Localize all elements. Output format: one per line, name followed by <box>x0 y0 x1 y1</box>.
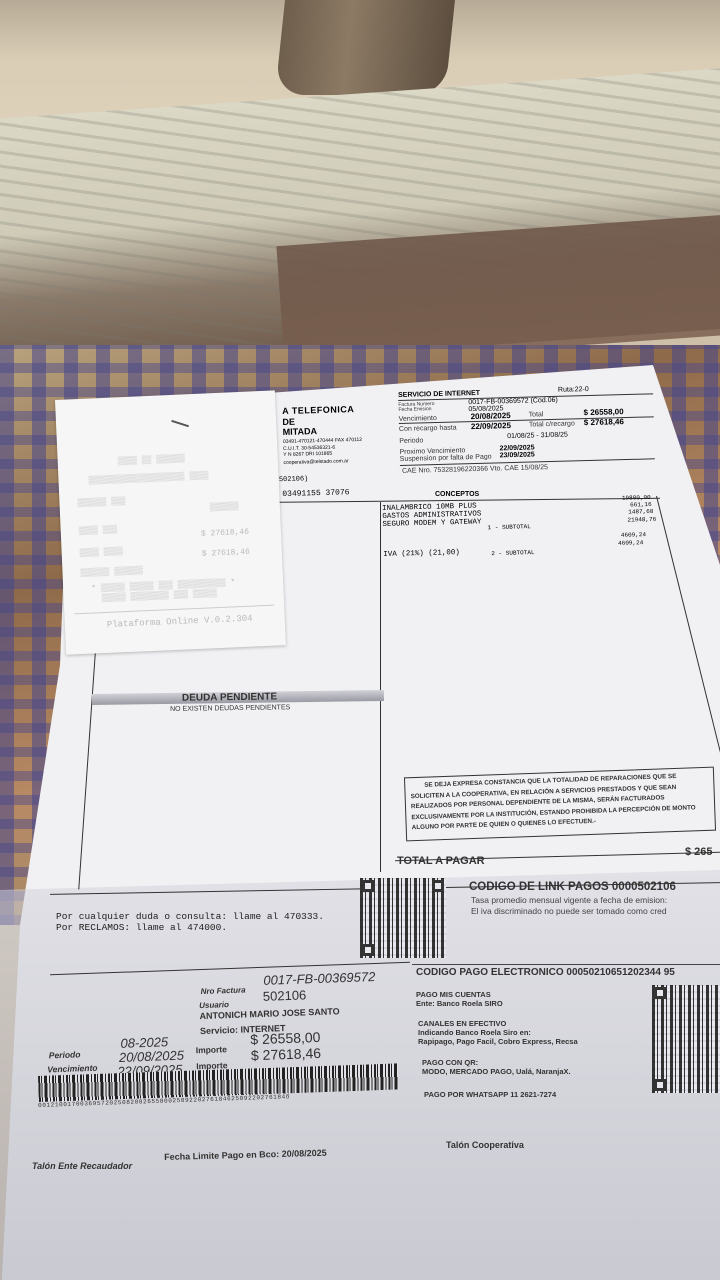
label: Total <box>529 411 544 418</box>
stub-user: 502106 <box>263 987 307 1004</box>
ente: Ente: Banco Roela SIRO <box>416 999 503 1008</box>
collector-stub-label: Talón Ente Recaudador <box>32 1161 132 1171</box>
notice-text: SE DEJA EXPRESA CONSTANCIA QUE LA TOTALI… <box>410 771 707 834</box>
qr-apps: MODO, MERCADO PAGO, Ualá, NaranjaX. <box>422 1067 571 1076</box>
rate-note: Tasa promedio mensual vigente a fecha de… <box>471 895 667 905</box>
subtotal1-label: 1 - SUBTOTAL <box>488 523 531 531</box>
company-name-2: DE <box>282 417 295 427</box>
debt-section: DEUDA PENDIENTE NO EXISTEN DEUDAS PENDIE… <box>92 688 384 716</box>
label: Total c/recargo <box>529 420 575 428</box>
qr-code-link-pagos[interactable] <box>360 878 446 958</box>
mis-cuentas: PAGO MIS CUENTAS <box>416 990 491 999</box>
invoice-number: 0017-FB-00369572 (Cod.06) <box>468 397 558 406</box>
label: Fecha Emision <box>398 406 431 413</box>
label: Periodo <box>49 1049 81 1060</box>
label: Usuario <box>199 1000 229 1010</box>
company-name-3: MITADA <box>283 426 318 437</box>
surcharge-date: 22/09/2025 <box>471 421 511 431</box>
label: Periodo <box>399 437 423 445</box>
stub-invoice-number: 0017-FB-00369572 <box>263 969 375 988</box>
total-amount: $ 26558,00 <box>583 407 623 417</box>
contact-line-2: Por RECLAMOS: llame al 474000. <box>56 922 227 933</box>
customer-ref: 502106) <box>279 475 309 484</box>
qr-code-electronic[interactable] <box>652 985 720 1093</box>
iva-note: El iva discriminado no puede ser tomado … <box>471 906 667 916</box>
total-to-pay-amount: $ 265 <box>685 846 713 858</box>
invoice-header: SERVICIO DE INTERNET Ruta:22-0 Factura N… <box>398 384 690 472</box>
concepts-table: INALAMBRICO 10MB PLUS 19800,00 GASTOS AD… <box>382 497 703 565</box>
total-surcharge-amount: $ 27618,46 <box>584 417 624 427</box>
iva-amount: 4609,24 <box>621 531 646 539</box>
label: Con recargo hasta <box>399 424 457 433</box>
label: Importe <box>196 1044 228 1055</box>
company-name-1: A TELEFONICA <box>282 404 354 416</box>
route: Ruta:22-0 <box>558 386 589 394</box>
period: 01/08/25 - 31/08/25 <box>507 432 568 441</box>
cash-line-1: Indicando Banco Roela Siro en: <box>418 1028 531 1037</box>
label: Suspension por falta de Pago <box>400 454 492 463</box>
whatsapp-payment: PAGO POR WHATSAPP 11 2621-7274 <box>424 1090 556 1099</box>
contact-line-1: Por cualquier duda o consulta: llame al … <box>56 911 324 922</box>
wooden-post <box>275 0 455 95</box>
electronic-code: CODIGO PAGO ELECTRONICO 0005021065120234… <box>416 967 675 978</box>
phone-ref: 03491155 37076 <box>282 488 349 499</box>
pen-mark <box>171 420 189 427</box>
cash-title: CANALES EN EFECTIVO <box>418 1019 506 1028</box>
coop-stub-label: Talón Cooperativa <box>446 1140 524 1150</box>
stub-amount-surcharge: $ 27618,46 <box>251 1045 322 1063</box>
link-pagos-code: CODIGO DE LINK PAGOS 0000502106 <box>469 881 676 893</box>
iva-label: IVA (21%) (21,00) <box>383 549 460 559</box>
debt-status: NO EXISTEN DEUDAS PENDIENTES <box>170 704 290 713</box>
subtotal2-amount: 4609,24 <box>618 539 643 547</box>
debt-title: DEUDA PENDIENTE <box>182 691 277 703</box>
concept-amount: 1487,60 <box>628 508 653 516</box>
payment-receipt: ▒▒▒▒ ▒▒ ▒▒▒▒▒▒ ▒▒▒▒▒▒▒▒▒▒▒▒▒▒▒▒▒▒▒▒ ▒▒▒▒… <box>55 390 286 654</box>
label: Nro Factura <box>201 985 246 996</box>
qr-title: PAGO CON QR: <box>422 1058 478 1067</box>
repairs-notice: SE DEJA EXPRESA CONSTANCIA QUE LA TOTALI… <box>404 767 716 842</box>
subtotal1-amount: 21948,76 <box>627 516 656 524</box>
concepts-title: CONCEPTOS <box>435 491 479 498</box>
total-to-pay-label: TOTAL A PAGAR <box>397 855 485 867</box>
suspension-date: 23/09/2025 <box>500 451 535 459</box>
company-address: Y N 8267 DRI 101865 <box>283 451 332 458</box>
concept-item: SEGURO MODEM Y GATEWAY <box>382 518 481 529</box>
receipt-footer: Plataforma Online V.0.2.304 <box>107 614 253 630</box>
cash-line-2: Rapipago, Pago Facil, Cobro Express, Rec… <box>418 1037 578 1046</box>
subtotal2-label: 2 - SUBTOTAL <box>491 549 534 557</box>
label: Vencimiento <box>47 1063 98 1075</box>
